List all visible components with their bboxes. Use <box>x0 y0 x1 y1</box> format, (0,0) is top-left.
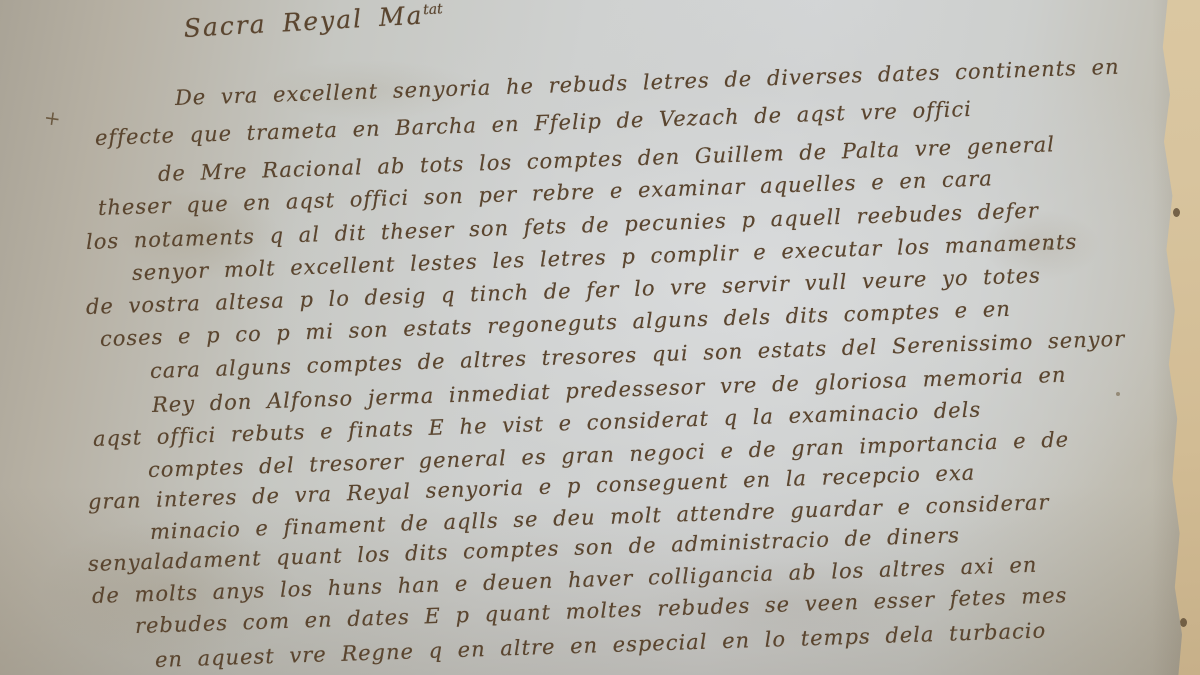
page-edge-speck <box>1173 208 1180 217</box>
cross-mark: + <box>42 105 62 131</box>
salutation-superscript: tat <box>423 1 443 18</box>
manuscript-page: + Sacra Reyal Matat De vra excellent sen… <box>0 0 1200 675</box>
page-edge-speck <box>1180 618 1187 627</box>
manuscript-photo: + Sacra Reyal Matat De vra excellent sen… <box>0 0 1200 675</box>
